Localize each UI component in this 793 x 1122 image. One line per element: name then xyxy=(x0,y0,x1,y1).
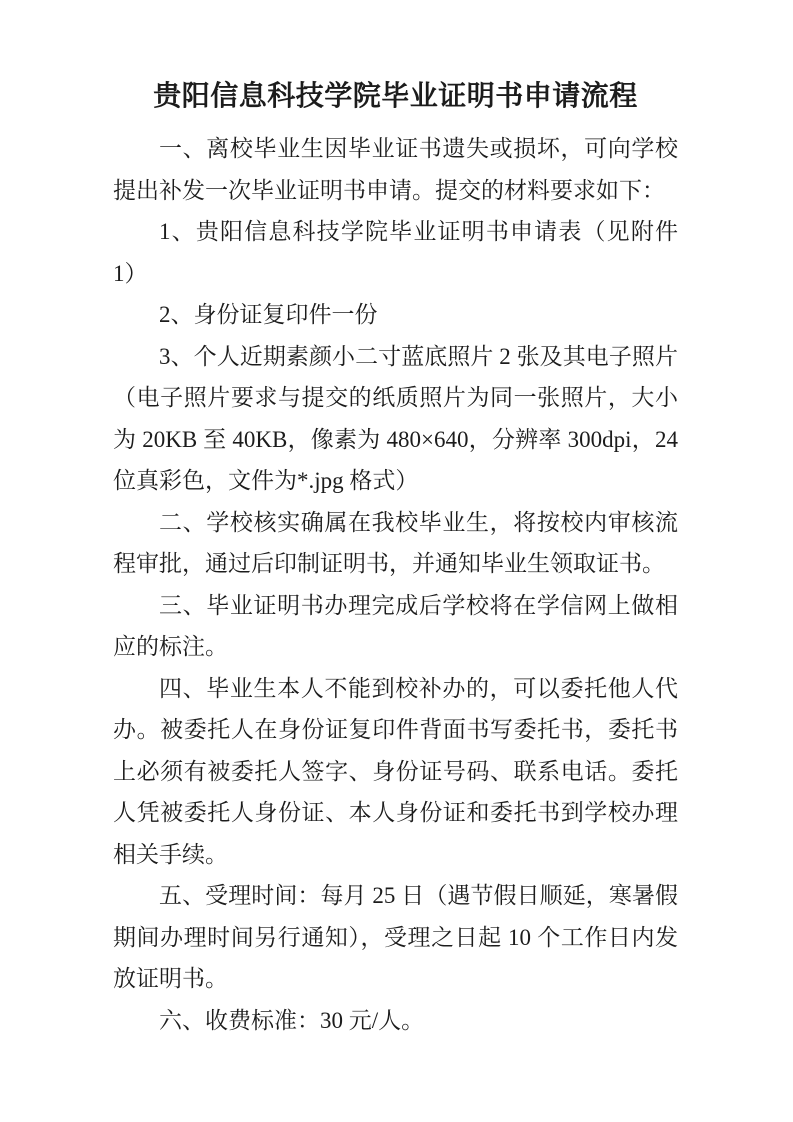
document-page: 贵阳信息科技学院毕业证明书申请流程 一、离校毕业生因毕业证书遗失或损坏，可向学校… xyxy=(0,0,793,1122)
paragraph-section-5: 五、受理时间：每月 25 日（遇节假日顺延，寒暑假期间办理时间另行通知），受理之… xyxy=(113,875,678,1000)
document-body: 一、离校毕业生因毕业证书遗失或损坏，可向学校提出补发一次毕业证明书申请。提交的材… xyxy=(113,128,678,1041)
paragraph-item-3: 3、个人近期素颜小二寸蓝底照片 2 张及其电子照片（电子照片要求与提交的纸质照片… xyxy=(113,336,678,502)
paragraph-item-1: 1、贵阳信息科技学院毕业证明书申请表（见附件 1） xyxy=(113,211,678,294)
paragraph-intro: 一、离校毕业生因毕业证书遗失或损坏，可向学校提出补发一次毕业证明书申请。提交的材… xyxy=(113,128,678,211)
page-title: 贵阳信息科技学院毕业证明书申请流程 xyxy=(113,76,678,118)
paragraph-section-2: 二、学校核实确属在我校毕业生，将按校内审核流程审批，通过后印制证明书，并通知毕业… xyxy=(113,502,678,585)
paragraph-section-4: 四、毕业生本人不能到校补办的，可以委托他人代办。被委托人在身份证复印件背面书写委… xyxy=(113,668,678,876)
paragraph-section-6: 六、收费标准：30 元/人。 xyxy=(113,1000,678,1042)
paragraph-section-3: 三、毕业证明书办理完成后学校将在学信网上做相应的标注。 xyxy=(113,585,678,668)
paragraph-item-2: 2、身份证复印件一份 xyxy=(113,294,678,336)
